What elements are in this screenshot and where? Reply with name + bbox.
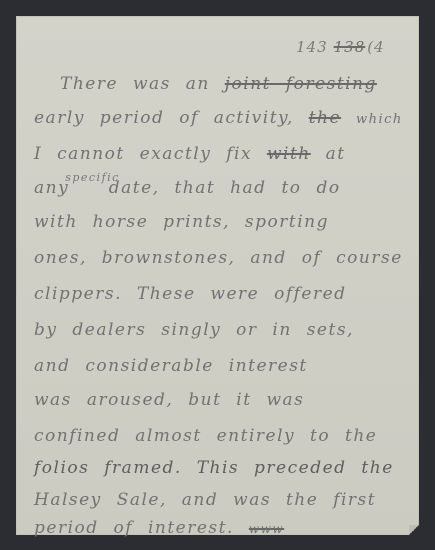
line-text: period of interest. [34,518,234,538]
line-text: clippers. These were offered [34,284,347,304]
text-line-7: clippers. These were offered [34,284,347,304]
text-line-10: was aroused, but it was [34,390,304,410]
text-line-1: There was an joint foresting [60,74,377,94]
line-text-after: which [356,112,403,127]
deleted-text: with [267,144,311,164]
text-line-11: confined almost entirely to the [34,426,377,446]
line-text: There was an [60,74,210,94]
line-text: with horse prints, sporting [34,212,329,232]
line-text: by dealers singly or in sets, [34,320,354,340]
inserted-text: specific [65,171,120,184]
line-text: folios framed. This preceded the [34,458,394,478]
text-line-14: period of interest. www [34,518,284,538]
text-line-2: early period of activity, the which [34,108,403,128]
page-number-alternate: (4 [367,38,384,56]
folded-corner [409,525,419,535]
text-line-12: folios framed. This preceded the [34,458,394,478]
deleted-text: www [249,522,284,536]
line-text: ones, brownstones, and of course [34,248,403,268]
deleted-text: joint foresting [225,74,377,94]
text-line-8: by dealers singly or in sets, [34,320,354,340]
line-text: was aroused, but it was [34,390,304,410]
manuscript-page: 143138(4 There was an joint foresting ea… [16,16,419,535]
line-text-after: date, that had to do [109,178,341,198]
line-text: Halsey Sale, and was the first [34,490,376,510]
line-text: any [34,178,69,198]
text-line-6: ones, brownstones, and of course [34,248,403,268]
line-text: early period of activity, [34,108,294,128]
text-line-3: I cannot exactly fix with at [34,144,346,164]
text-line-13: Halsey Sale, and was the first [34,490,376,510]
text-line-4: anyspecific date, that had to do [34,178,341,198]
line-text: confined almost entirely to the [34,426,377,446]
line-text: and considerable interest [34,356,308,376]
page-number-struck: 138 [334,38,366,56]
text-line-9: and considerable interest [34,356,308,376]
text-line-5: with horse prints, sporting [34,212,329,232]
line-text-after: at [326,144,346,164]
page-number-current: 143 [296,38,328,56]
line-text: I cannot exactly fix [34,144,252,164]
page-number: 143138(4 [296,38,385,56]
deleted-text: the [309,108,341,128]
